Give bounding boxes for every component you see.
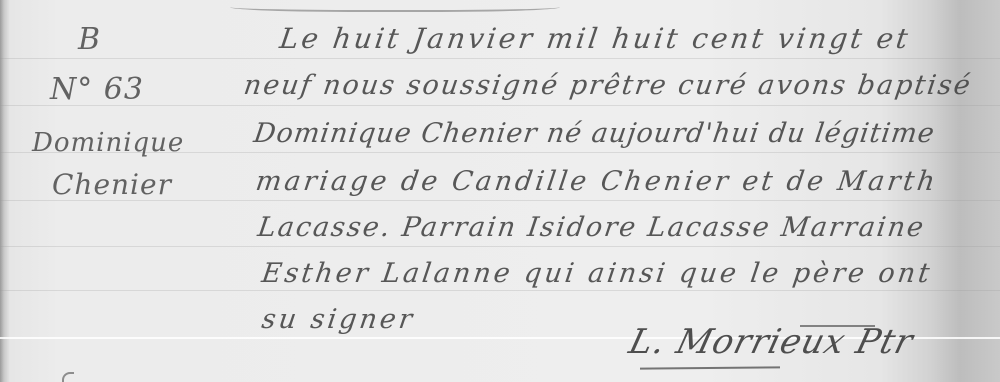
margin-name-last: Chenier	[52, 168, 172, 201]
signature-overline	[800, 325, 875, 327]
document-page: B N° 63 Dominique Chenier Le huit Janvie…	[0, 0, 1000, 382]
record-line-7: su signer	[260, 304, 417, 335]
ruling-line	[0, 105, 1000, 106]
record-line-5: Lacasse. Parrain Isidore Lacasse Marrain…	[256, 212, 927, 243]
signature-underline	[640, 366, 780, 369]
record-line-3: Dominique Chenier né aujourd'hui du légi…	[252, 118, 937, 149]
priest-signature: L. Morrieux Ptr	[625, 322, 918, 362]
previous-entry-stroke	[230, 0, 560, 12]
ruling-line	[0, 246, 1000, 247]
record-line-6: Esther Lalanne qui ainsi que le père ont	[260, 258, 934, 289]
margin-entry-number: N° 63	[50, 72, 144, 107]
record-line-2: neuf nous soussigné prêtre curé avons ba…	[242, 70, 974, 101]
margin-register-letter: B	[78, 22, 101, 57]
next-entry-mark	[62, 372, 74, 382]
ruling-line	[0, 290, 1000, 291]
margin-name-first: Dominique	[32, 128, 184, 158]
ruling-line	[0, 58, 1000, 59]
record-line-1: Le huit Janvier mil huit cent vingt et	[278, 22, 913, 55]
record-line-4: mariage de Candille Chenier et de Marth	[254, 166, 940, 197]
